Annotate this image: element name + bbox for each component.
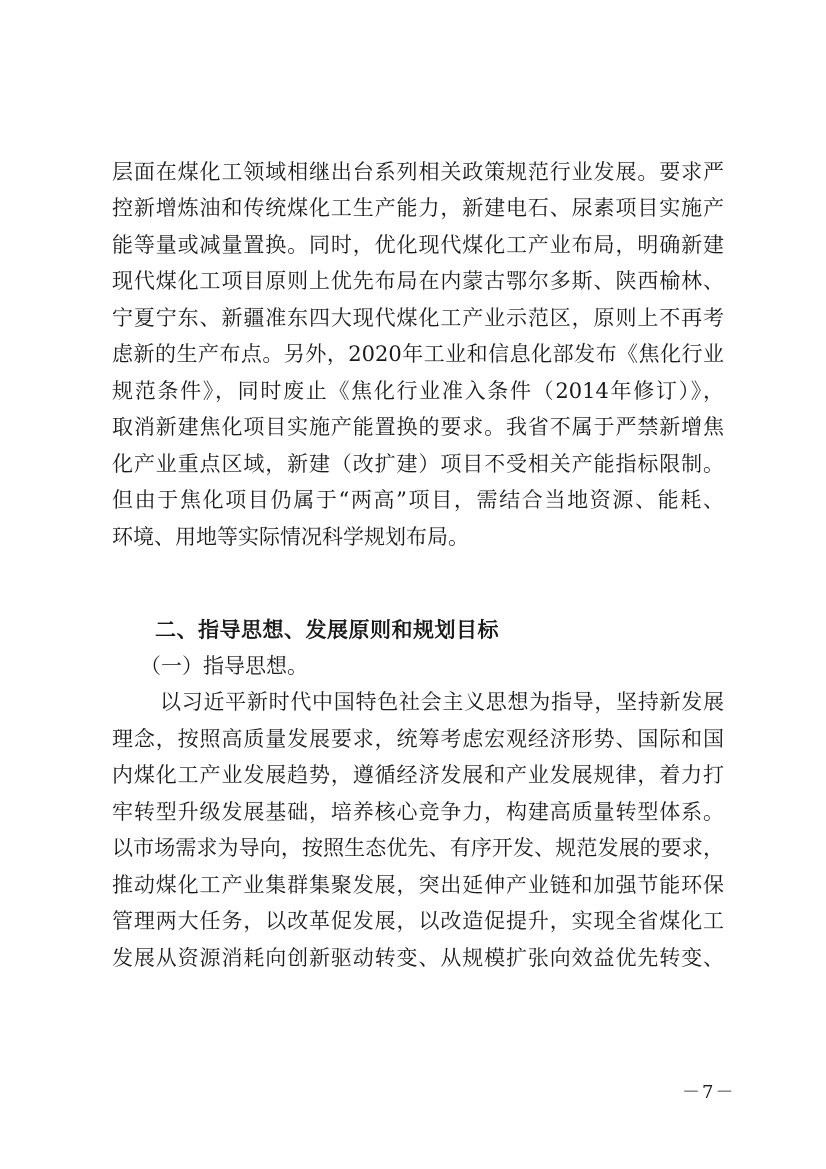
section-heading: 二、指导思想、发展原则和规划目标 [155, 612, 499, 648]
body-text-line: 虑新的生产布点。另外，2020年工业和信息化部发布《焦化行业 [112, 336, 724, 372]
body-text-line: 以市场需求为导向，按照生态优先、有序开发、规范发展的要求， [112, 830, 724, 866]
body-text-line: 环境、用地等实际情况科学规划布局。 [112, 519, 724, 555]
body-text-line: 规范条件》，同时废止《焦化行业准入条件（2014年修订）》， [112, 373, 724, 409]
body-text-line: 取消新建焦化项目实施产能置换的要求。我省不属于严禁新增焦 [112, 409, 724, 445]
body-text-line: 以习近平新时代中国特色社会主义思想为指导，坚持新发展 [160, 684, 724, 720]
body-text-line: 但由于焦化项目仍属于“两高”项目，需结合当地资源、能耗、 [112, 482, 724, 518]
subsection-heading: （一）指导思想。 [140, 648, 308, 684]
body-text-line: 内煤化工产业发展趋势，遵循经济发展和产业发展规律，着力打 [112, 757, 724, 793]
body-text-line: 牢转型升级发展基础，培养核心竞争力，构建高质量转型体系。 [112, 794, 724, 830]
body-text-line: 化产业重点区域，新建（改扩建）项目不受相关产能指标限制。 [112, 446, 724, 482]
body-text-line: 发展从资源消耗向创新驱动转变、从规模扩张向效益优先转变、 [112, 940, 724, 976]
body-text-line: 控新增炼油和传统煤化工生产能力，新建电石、尿素项目实施产 [112, 190, 724, 226]
page-number: －7－ [682, 1081, 735, 1105]
body-text-line: 宁夏宁东、新疆准东四大现代煤化工产业示范区，原则上不再考 [112, 300, 724, 336]
body-text-line: 管理两大任务，以改革促发展，以改造促提升，实现全省煤化工 [112, 903, 724, 939]
body-text-line: 推动煤化工产业集群集聚发展，突出延伸产业链和加强节能环保 [112, 867, 724, 903]
body-text-line: 能等量或减量置换。同时，优化现代煤化工产业布局，明确新建 [112, 227, 724, 263]
body-text-line: 现代煤化工项目原则上优先布局在内蒙古鄂尔多斯、陕西榆林、 [112, 263, 724, 299]
body-text-line: 层面在煤化工领域相继出台系列相关政策规范行业发展。要求严 [112, 154, 724, 190]
body-text-line: 理念，按照高质量发展要求，统筹考虑宏观经济形势、国际和国 [112, 721, 724, 757]
document-page: 层面在煤化工领域相继出台系列相关政策规范行业发展。要求严 控新增炼油和传统煤化工… [0, 0, 826, 1169]
